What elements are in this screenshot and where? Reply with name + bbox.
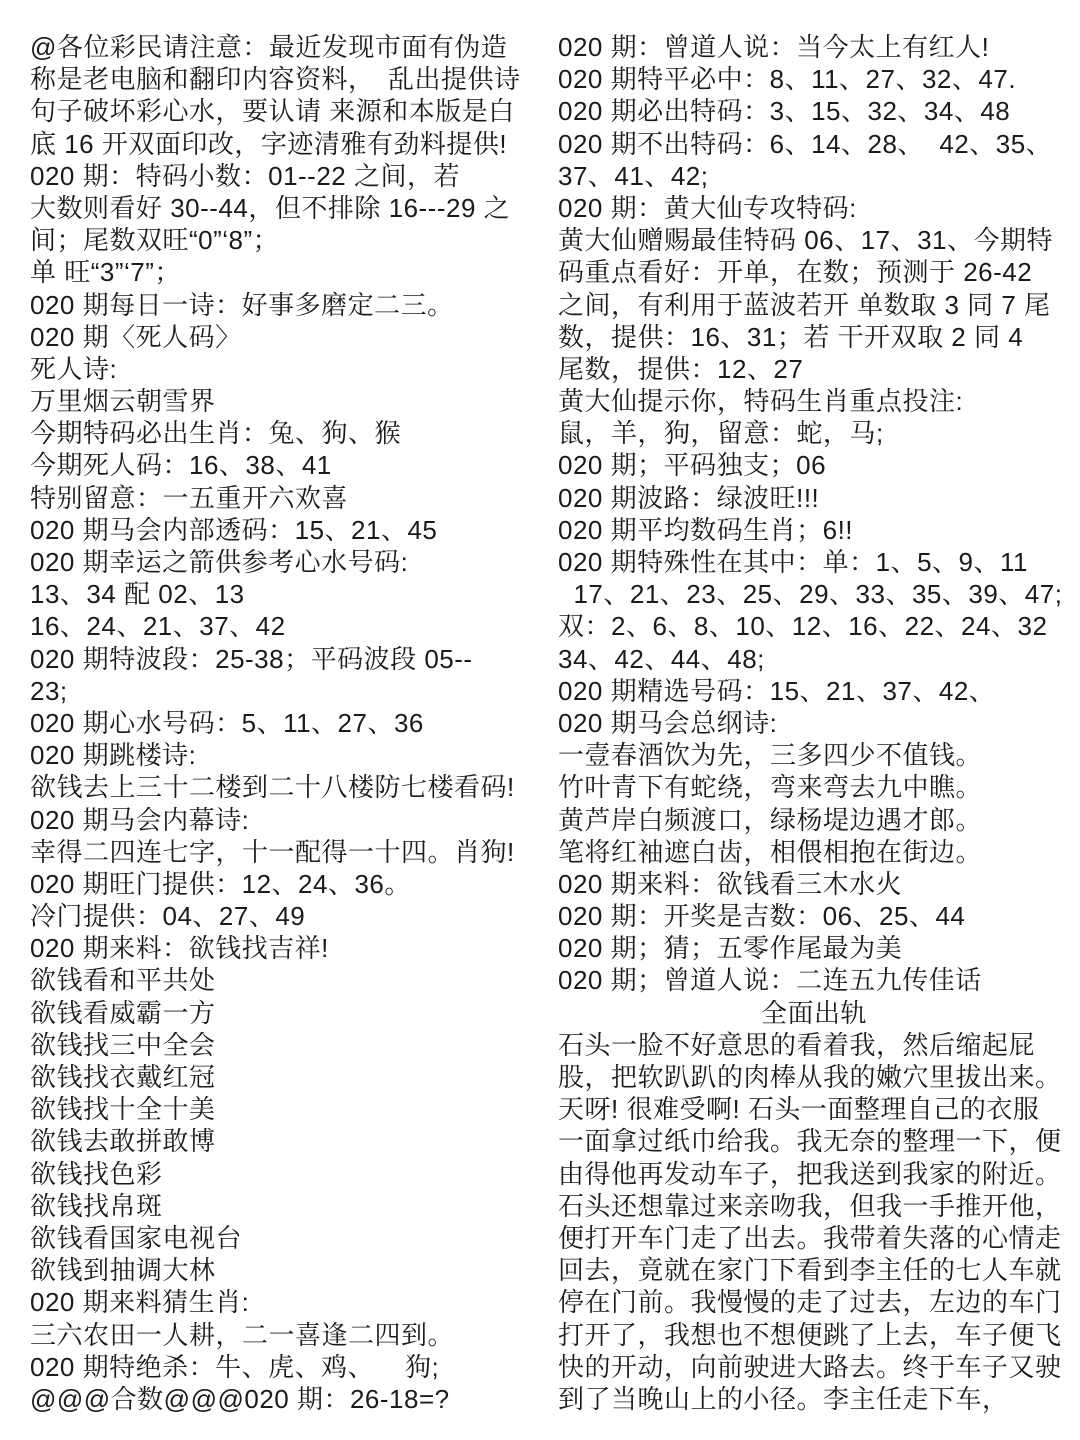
text-line: 双：2、6、8、10、12、16、22、24、32 (558, 610, 1070, 642)
text-line: 37、41、42; (558, 160, 1070, 192)
text-line: 幸得二四连七字，十一配得一十四。肖狗! (30, 836, 538, 868)
right-column: 020 期：曾道人说：当今太上有红人!020 期特平必中：8、11、27、32、… (558, 31, 1070, 1415)
text-line: 020 期旺门提供：12、24、36。 (30, 868, 538, 900)
text-line: 020 期来料猜生肖: (30, 1286, 538, 1318)
text-line: 欲钱找十全十美 (30, 1093, 538, 1125)
text-line: 020 期每日一诗：好事多磨定二三。 (30, 289, 538, 321)
text-line: 笔将红袖遮白齿，相偎相抱在街边。 (558, 836, 1070, 868)
text-line: 欲钱找衣戴红冠 (30, 1061, 538, 1093)
text-line: 底 16 开双面印改，字迹清雅有劲料提供! (30, 128, 538, 160)
text-line: 之间，有利用于蓝波若开 单数取 3 同 7 尾 (558, 289, 1070, 321)
text-line: 尾数，提供：12、27 (558, 353, 1070, 385)
text-line: 020 期马会总纲诗: (558, 707, 1070, 739)
text-line: 黄大仙赠赐最佳特码 06、17、31、今期特 (558, 224, 1070, 256)
text-line: 万里烟云朝雪界 (30, 385, 538, 417)
text-line: 今期死人码：16、38、41 (30, 449, 538, 481)
text-line: 天呀! 很难受啊! 石头一面整理自己的衣服 (558, 1093, 1070, 1125)
section-heading: 全面出轨 (558, 997, 1070, 1029)
text-line: @@@合数@@@020 期：26-18=? (30, 1383, 538, 1415)
text-line: 欲钱找帛斑 (30, 1190, 538, 1222)
text-line: 020 期来料：欲钱找吉祥! (30, 932, 538, 964)
text-line: 020 期精选号码：15、21、37、42、 (558, 675, 1070, 707)
text-line: 一面拿过纸巾给我。我无奈的整理一下，便 (558, 1125, 1070, 1157)
text-line: 020 期波路：绿波旺!!! (558, 482, 1070, 514)
text-line: 大数则看好 30--44，但不排除 16---29 之 (30, 192, 538, 224)
text-line: 23; (30, 675, 538, 707)
text-line: @各位彩民请注意：最近发现市面有伪造 (30, 31, 538, 63)
text-line: 黄芦岸白频渡口，绿杨堤边遇才郎。 (558, 804, 1070, 836)
right-column-story-text: 石头一脸不好意思的看着我，然后缩起屁股，把软趴趴的肉棒从我的嫩穴里拔出来。天呀!… (558, 1029, 1070, 1415)
text-line: 欲钱看和平共处 (30, 964, 538, 996)
text-line: 020 期特波段：25-38；平码波段 05-- (30, 643, 538, 675)
text-line: 020 期平均数码生肖；6!! (558, 514, 1070, 546)
text-line: 34、42、44、48; (558, 643, 1070, 675)
text-line: 欲钱看威霸一方 (30, 997, 538, 1029)
text-line: 020 期特殊性在其中：单：1、5、9、11 (558, 546, 1070, 578)
text-line: 欲钱到抽调大林 (30, 1254, 538, 1286)
text-line: 020 期〈死人码〉 (30, 321, 538, 353)
text-line: 020 期：开奖是吉数：06、25、44 (558, 900, 1070, 932)
text-line: 回去，竟就在家门下看到李主任的七人车就 (558, 1254, 1070, 1286)
text-line: 由得他再发动车子，把我送到我家的附近。 (558, 1158, 1070, 1190)
text-line: 间；尾数双旺“0”‘8”； (30, 224, 538, 256)
text-line: 到了当晚山上的小径。李主任走下车， (558, 1383, 1070, 1415)
text-line: 020 期：曾道人说：当今太上有红人! (558, 31, 1070, 63)
text-line: 鼠，羊，狗，留意：蛇，马; (558, 417, 1070, 449)
text-line: 打开了，我想也不想便跳了上去，车子便飞 (558, 1319, 1070, 1351)
text-line: 020 期幸运之箭供参考心水号码: (30, 546, 538, 578)
text-line: 020 期来料：欲钱看三木水火 (558, 868, 1070, 900)
text-line: 石头一脸不好意思的看着我，然后缩起屁 (558, 1029, 1070, 1061)
text-line: 便打开车门走了出去。我带着失落的心情走 (558, 1222, 1070, 1254)
text-line: 16、24、21、37、42 (30, 610, 538, 642)
text-line: 020 期马会内幕诗: (30, 804, 538, 836)
text-line: 冷门提供：04、27、49 (30, 900, 538, 932)
text-line: 句子破坏彩心水，要认请 来源和本版是白 (30, 95, 538, 127)
text-line: 股，把软趴趴的肉棒从我的嫩穴里拔出来。 (558, 1061, 1070, 1093)
text-line: 020 期；平码独支；06 (558, 449, 1070, 481)
scanned-lottery-sheet: @各位彩民请注意：最近发现市面有伪造称是老电脑和翻印内容资料， 乱出提供诗句子破… (0, 0, 1080, 1440)
text-line: 三六农田一人耕，二一喜逢二四到。 (30, 1319, 538, 1351)
text-line: 快的开动，向前驶进大路去。终于车子又驶 (558, 1351, 1070, 1383)
text-line: 17、21、23、25、29、33、35、39、47; (558, 578, 1070, 610)
text-line: 020 期跳楼诗: (30, 739, 538, 771)
text-line: 特别留意：一五重开六欢喜 (30, 482, 538, 514)
text-line: 020 期马会内部透码：15、21、45 (30, 514, 538, 546)
text-line: 今期特码必出生肖：兔、狗、猴 (30, 417, 538, 449)
text-line: 020 期：特码小数：01--22 之间，若 (30, 160, 538, 192)
text-line: 死人诗: (30, 353, 538, 385)
text-line: 欲钱看国家电视台 (30, 1222, 538, 1254)
text-line: 欲钱去敢拼敢博 (30, 1125, 538, 1157)
text-line: 13、34 配 02、13 (30, 578, 538, 610)
text-line: 020 期：黄大仙专攻特码: (558, 192, 1070, 224)
text-line: 欲钱去上三十二楼到二十八楼防七楼看码! (30, 771, 538, 803)
text-line: 020 期不出特码：6、14、28、 42、35、 (558, 128, 1070, 160)
text-line: 020 期；曾道人说：二连五九传佳话 (558, 964, 1070, 996)
text-line: 欲钱找色彩 (30, 1158, 538, 1190)
text-line: 020 期必出特码：3、15、32、34、48 (558, 95, 1070, 127)
text-line: 一壹春酒饮为先，三多四少不值钱。 (558, 739, 1070, 771)
text-line: 单 旺“3”‘7”； (30, 256, 538, 288)
text-line: 020 期特绝杀：牛、虎、鸡、 狗; (30, 1351, 538, 1383)
text-line: 020 期；猜；五零作尾最为美 (558, 932, 1070, 964)
right-column-top-text: 020 期：曾道人说：当今太上有红人!020 期特平必中：8、11、27、32、… (558, 31, 1070, 997)
text-line: 停在门前。我慢慢的走了过去，左边的车门 (558, 1286, 1070, 1318)
text-line: 欲钱找三中全会 (30, 1029, 538, 1061)
text-line: 竹叶青下有蛇绕，弯来弯去九中瞧。 (558, 771, 1070, 803)
text-line: 称是老电脑和翻印内容资料， 乱出提供诗 (30, 63, 538, 95)
text-line: 黄大仙提示你，特码生肖重点投注: (558, 385, 1070, 417)
text-line: 石头还想靠过来亲吻我，但我一手推开他， (558, 1190, 1070, 1222)
text-line: 020 期心水号码：5、11、27、36 (30, 707, 538, 739)
text-line: 数，提供：16、31；若 干开双取 2 同 4 (558, 321, 1070, 353)
left-column: @各位彩民请注意：最近发现市面有伪造称是老电脑和翻印内容资料， 乱出提供诗句子破… (30, 31, 538, 1415)
text-line: 码重点看好：开单，在数；预测于 26-42 (558, 256, 1070, 288)
text-line: 020 期特平必中：8、11、27、32、47. (558, 63, 1070, 95)
